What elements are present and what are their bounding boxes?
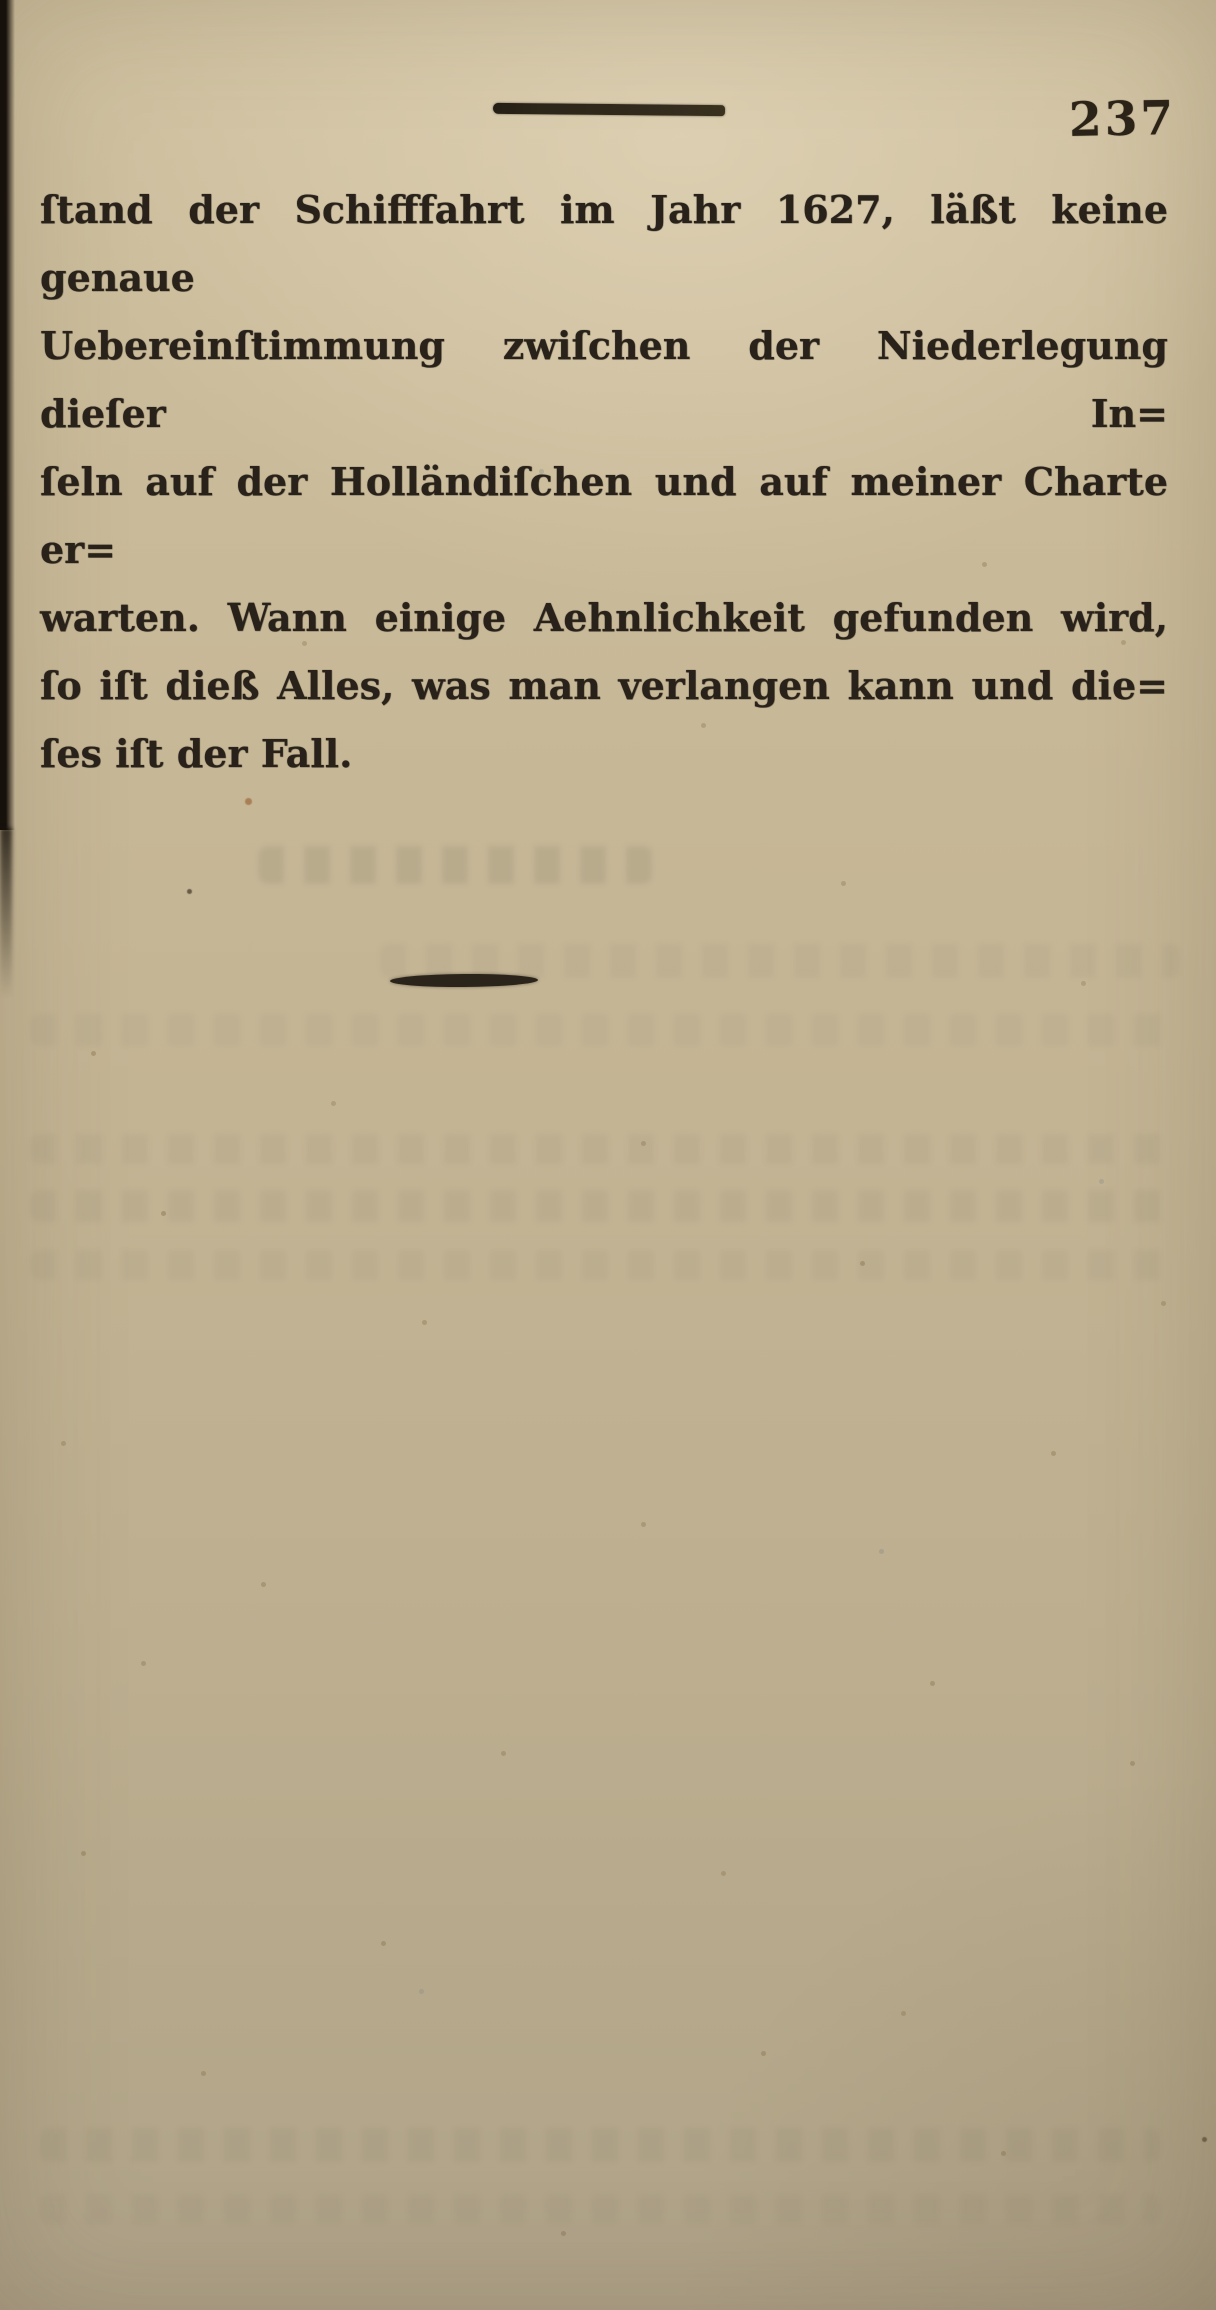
header-rule bbox=[493, 103, 725, 116]
text-line: Uebereinſtimmung zwiſchen der Niederlegu… bbox=[40, 312, 1168, 448]
show-through-smudge bbox=[40, 2194, 1160, 2224]
text-line: ſeln auf der Holländiſchen und auf meine… bbox=[40, 448, 1168, 584]
show-through-smudge bbox=[40, 2128, 1160, 2162]
binding-edge-shadow-fade bbox=[0, 828, 12, 998]
section-divider-rule bbox=[390, 973, 538, 987]
show-through-smudge bbox=[30, 1250, 1180, 1280]
text-line: ſtand der Schifffahrt im Jahr 1627, läßt… bbox=[40, 176, 1168, 312]
text-line: ſo iſt dieß Alles, was man verlangen kan… bbox=[40, 652, 1168, 720]
show-through-smudge bbox=[380, 944, 1180, 978]
paragraph: ſtand der Schifffahrt im Jahr 1627, läßt… bbox=[40, 176, 1168, 788]
binding-edge-shadow bbox=[0, 0, 15, 830]
page-number: 237 bbox=[1068, 91, 1176, 148]
scanned-book-page: 237 ſtand der Schifffahrt im Jahr 1627, … bbox=[0, 0, 1216, 2310]
text-line: warten. Wann einige Aehnlichkeit gefunde… bbox=[40, 584, 1168, 652]
show-through-smudge bbox=[30, 1014, 1180, 1046]
text-line: ſes iſt der Fall. bbox=[40, 720, 1168, 788]
show-through-smudge bbox=[30, 1134, 1180, 1164]
show-through-smudge bbox=[258, 846, 653, 884]
show-through-smudge bbox=[30, 1190, 1180, 1222]
